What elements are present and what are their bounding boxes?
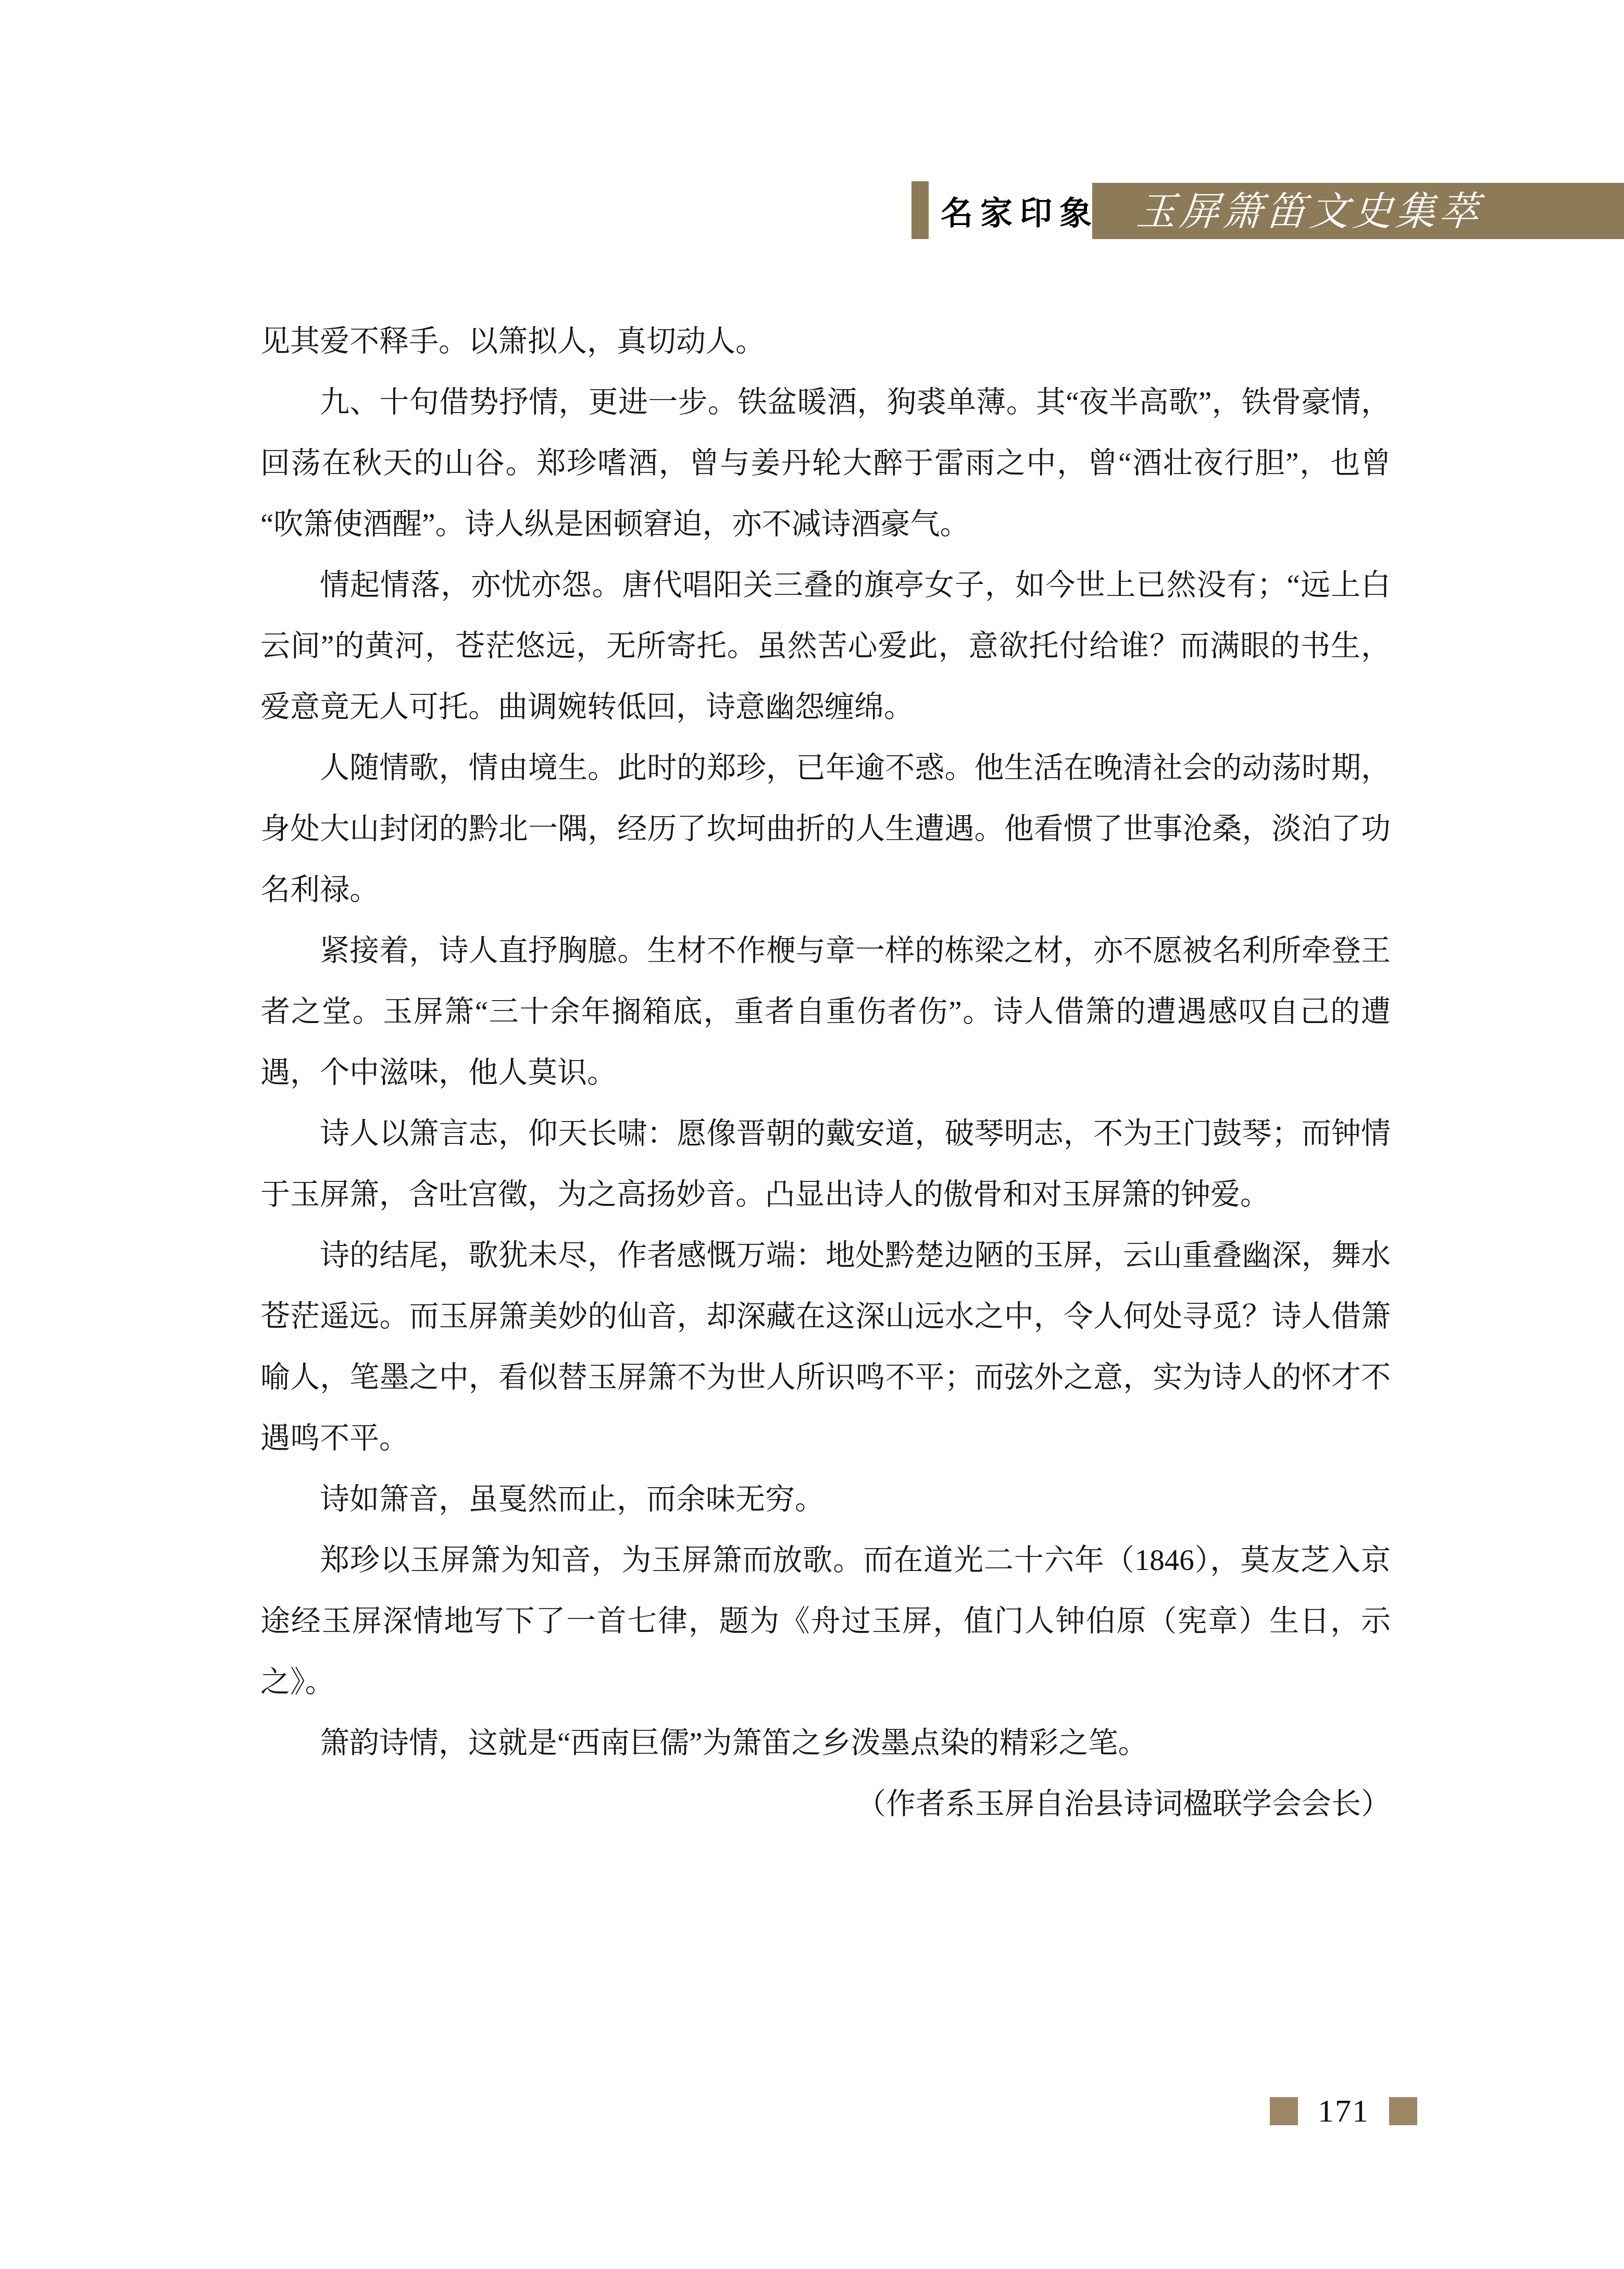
footer-right-square: [1389, 2097, 1417, 2125]
page-footer: 171: [1270, 2097, 1417, 2125]
title-banner: 玉屏箫笛文史集萃: [1092, 183, 1624, 239]
book-title-calligraphy: 玉屏箫笛文史集萃: [1134, 183, 1484, 239]
section-accent-bar: [911, 181, 929, 239]
paragraph: 见其爱不释手。以箫拟人，真切动人。: [260, 311, 1391, 372]
paragraph: 诗人以箫言志，仰天长啸：愿像晋朝的戴安道，破琴明志，不为王门鼓琴；而钟情于玉屏箫…: [260, 1103, 1391, 1225]
paragraph: 紧接着，诗人直抒胸臆。生材不作楩与章一样的栋梁之材，亦不愿被名利所牵登王者之堂。…: [260, 920, 1391, 1103]
section-label: 名家印象: [941, 188, 1099, 234]
paragraph: 人随情歌，情由境生。此时的郑珍，已年逾不惑。他生活在晚清社会的动荡时期，身处大山…: [260, 738, 1391, 920]
article-body: 见其爱不释手。以箫拟人，真切动人。 九、十句借势抒情，更进一步。铁盆暖酒，狗裘单…: [260, 311, 1391, 1835]
page-number: 171: [1318, 2097, 1369, 2125]
paragraph: 九、十句借势抒情，更进一步。铁盆暖酒，狗裘单薄。其“夜半高歌”，铁骨豪情，回荡在…: [260, 372, 1391, 555]
paragraph: 情起情落，亦忧亦怨。唐代唱阳关三叠的旗亭女子，如今世上已然没有；“远上白云间”的…: [260, 555, 1391, 738]
paragraph: 诗的结尾，歌犹未尽，作者感慨万端：地处黔楚边陋的玉屏，云山重叠幽深，舞水苍茫遥远…: [260, 1225, 1391, 1469]
footer-left-square: [1270, 2097, 1298, 2125]
paragraph: 郑珍以玉屏箫为知音，为玉屏箫而放歌。而在道光二十六年（1846），莫友芝入京途经…: [260, 1530, 1391, 1713]
author-byline: （作者系玉屏自治县诗词楹联学会会长）: [260, 1774, 1391, 1835]
book-page: 名家印象 玉屏箫笛文史集萃 见其爱不释手。以箫拟人，真切动人。 九、十句借势抒情…: [0, 0, 1624, 2269]
paragraph: 箫韵诗情，这就是“西南巨儒”为箫笛之乡泼墨点染的精彩之笔。: [260, 1713, 1391, 1774]
paragraph: 诗如箫音，虽戛然而止，而余味无穷。: [260, 1469, 1391, 1530]
